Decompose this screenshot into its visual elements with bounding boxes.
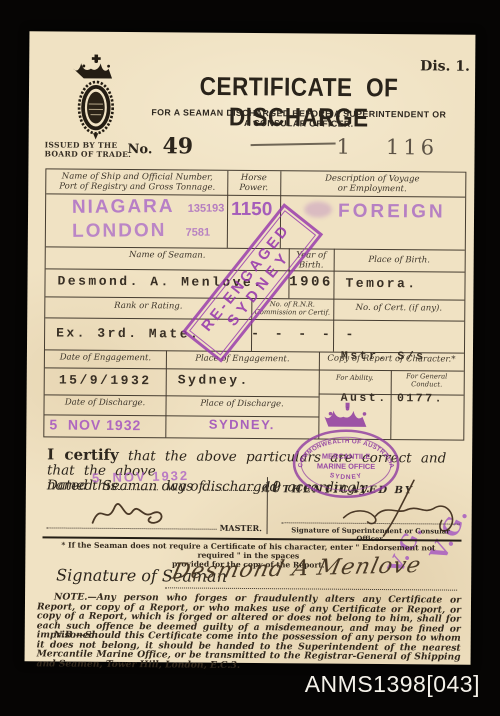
rnr-value: - - - - -	[251, 326, 333, 342]
page-subtitle: FOR A SEAMAN DISCHARGED BEFORE A SUPERIN…	[139, 107, 459, 130]
cert-no-header: No. of Cert. (if any).	[333, 304, 464, 315]
engagement-date-value: 15/9/1932	[45, 372, 166, 388]
engagement-place-header: Place of Engagement.	[166, 354, 319, 365]
birth-place-header: Place of Birth.	[334, 256, 465, 267]
scanned-certificate-photo: { "frame": { "archive_label": "ANMS1398[…	[0, 0, 500, 716]
certify-lead: I certify	[47, 445, 119, 464]
voyage-stamp: FOREIGN	[338, 201, 446, 224]
discharge-date-stamp: 5 NOV 1932	[49, 416, 141, 433]
no-value: 49	[162, 133, 193, 159]
certificate-number: No. 49	[127, 133, 193, 160]
voyage-header: Description of Voyage or Employment.	[280, 174, 464, 194]
nb-note: N.B.—Should this Certificate come into t…	[36, 630, 460, 672]
oval-stamp-mid1: MERCANTILE	[322, 452, 371, 461]
birth-place-value: Temora.	[345, 276, 417, 292]
issued-by-note: ISSUED BY THE BOARD OF TRADE.	[44, 140, 131, 159]
engagement-place-value: Sydney.	[178, 372, 250, 388]
character-header: Copy of Report of Character.*	[319, 355, 464, 366]
ink-smudge	[304, 201, 332, 217]
engagement-date-header: Date of Engagement.	[45, 353, 166, 363]
conduct-header: For General Conduct.	[391, 373, 463, 389]
seaman-signature-line	[165, 587, 457, 590]
archive-reference-label: ANMS1398[043]	[305, 671, 480, 698]
ship-name-stamp: NIAGARA 135193 LONDON 7581	[72, 195, 225, 242]
signature-divider	[267, 477, 268, 534]
ship-header: Name of Ship and Official Number, Port o…	[48, 172, 226, 192]
no-label: No.	[127, 142, 152, 157]
certificate-paper: Dis. 1. CERTIFICATE OF DISCHARGE FOR A S…	[25, 31, 476, 664]
issued-line2: BOARD OF TRADE.	[44, 149, 131, 159]
ability-header: For Ability.	[319, 375, 391, 383]
dated-date-stamp: 5 NOV 1932	[92, 468, 190, 486]
rank-value: Ex. 3rd. Mate.	[56, 325, 200, 341]
discharge-date-header: Date of Discharge.	[45, 398, 166, 408]
serial-overline	[251, 143, 336, 147]
horse-power-stamp: 1150	[231, 199, 272, 221]
birth-year-value: 1906	[288, 274, 333, 290]
royal-coat-of-arms-icon	[69, 53, 124, 145]
horse-power-header: Horse Power.	[227, 174, 280, 193]
crown-icon	[324, 403, 366, 427]
serial-number: 1 116	[336, 135, 438, 160]
master-label: MASTER.	[220, 523, 262, 533]
